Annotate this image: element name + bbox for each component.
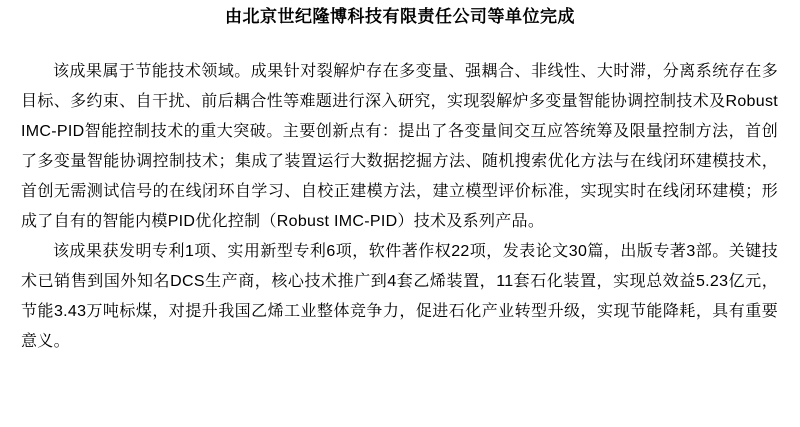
paragraph-achievement-overview: 该成果属于节能技术领域。成果针对裂解炉存在多变量、强耦合、非线性、大时滞，分离系…: [21, 57, 778, 237]
document-page: 由北京世纪隆博科技有限责任公司等单位完成 该成果属于节能技术领域。成果针对裂解炉…: [0, 0, 800, 427]
document-title: 由北京世纪隆博科技有限责任公司等单位完成: [0, 0, 800, 27]
document-body: 该成果属于节能技术领域。成果针对裂解炉存在多变量、强耦合、非线性、大时滞，分离系…: [21, 57, 778, 357]
paragraph-patents-and-results: 该成果获发明专利1项、实用新型专利6项，软件著作权22项，发表论文30篇，出版专…: [21, 237, 778, 357]
